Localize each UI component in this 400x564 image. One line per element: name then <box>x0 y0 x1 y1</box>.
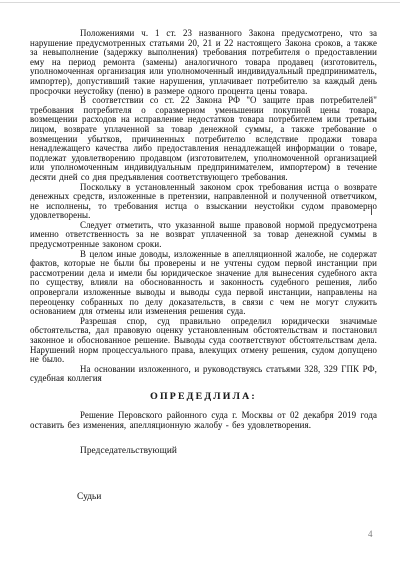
body-paragraph-3: Поскольку в установленный законом срок т… <box>30 183 377 221</box>
ruling-heading: ОПРЕДЕДЛИЛА: <box>30 392 377 402</box>
operative-paragraph: Решение Перовского районного суда г. Мос… <box>30 411 377 430</box>
body-paragraph-7: На основании изложенного, и руководствуя… <box>30 365 377 384</box>
judges-label: Судьи <box>77 492 101 502</box>
scan-top-edge-line <box>0 2 400 3</box>
body-paragraph-1: Положениями ч. 1 ст. 23 названного Закон… <box>30 29 377 96</box>
page-number: 4 <box>368 529 373 539</box>
scan-artifact-mark <box>371 206 372 215</box>
body-paragraph-5: В целом иные доводы, изложенные в апелля… <box>30 250 377 317</box>
body-paragraph-6: Разрешая спор, суд правильно определил ю… <box>30 317 377 365</box>
body-paragraph-4: Следует отметить, что указанной выше пра… <box>30 221 377 250</box>
presiding-judge-label: Председательствующий <box>80 446 177 456</box>
document-body: Положениями ч. 1 ст. 23 названного Закон… <box>30 29 377 430</box>
document-page: Положениями ч. 1 ст. 23 названного Закон… <box>0 0 400 564</box>
body-paragraph-2: В соответствии со ст. 22 Закона РФ "О за… <box>30 96 377 182</box>
